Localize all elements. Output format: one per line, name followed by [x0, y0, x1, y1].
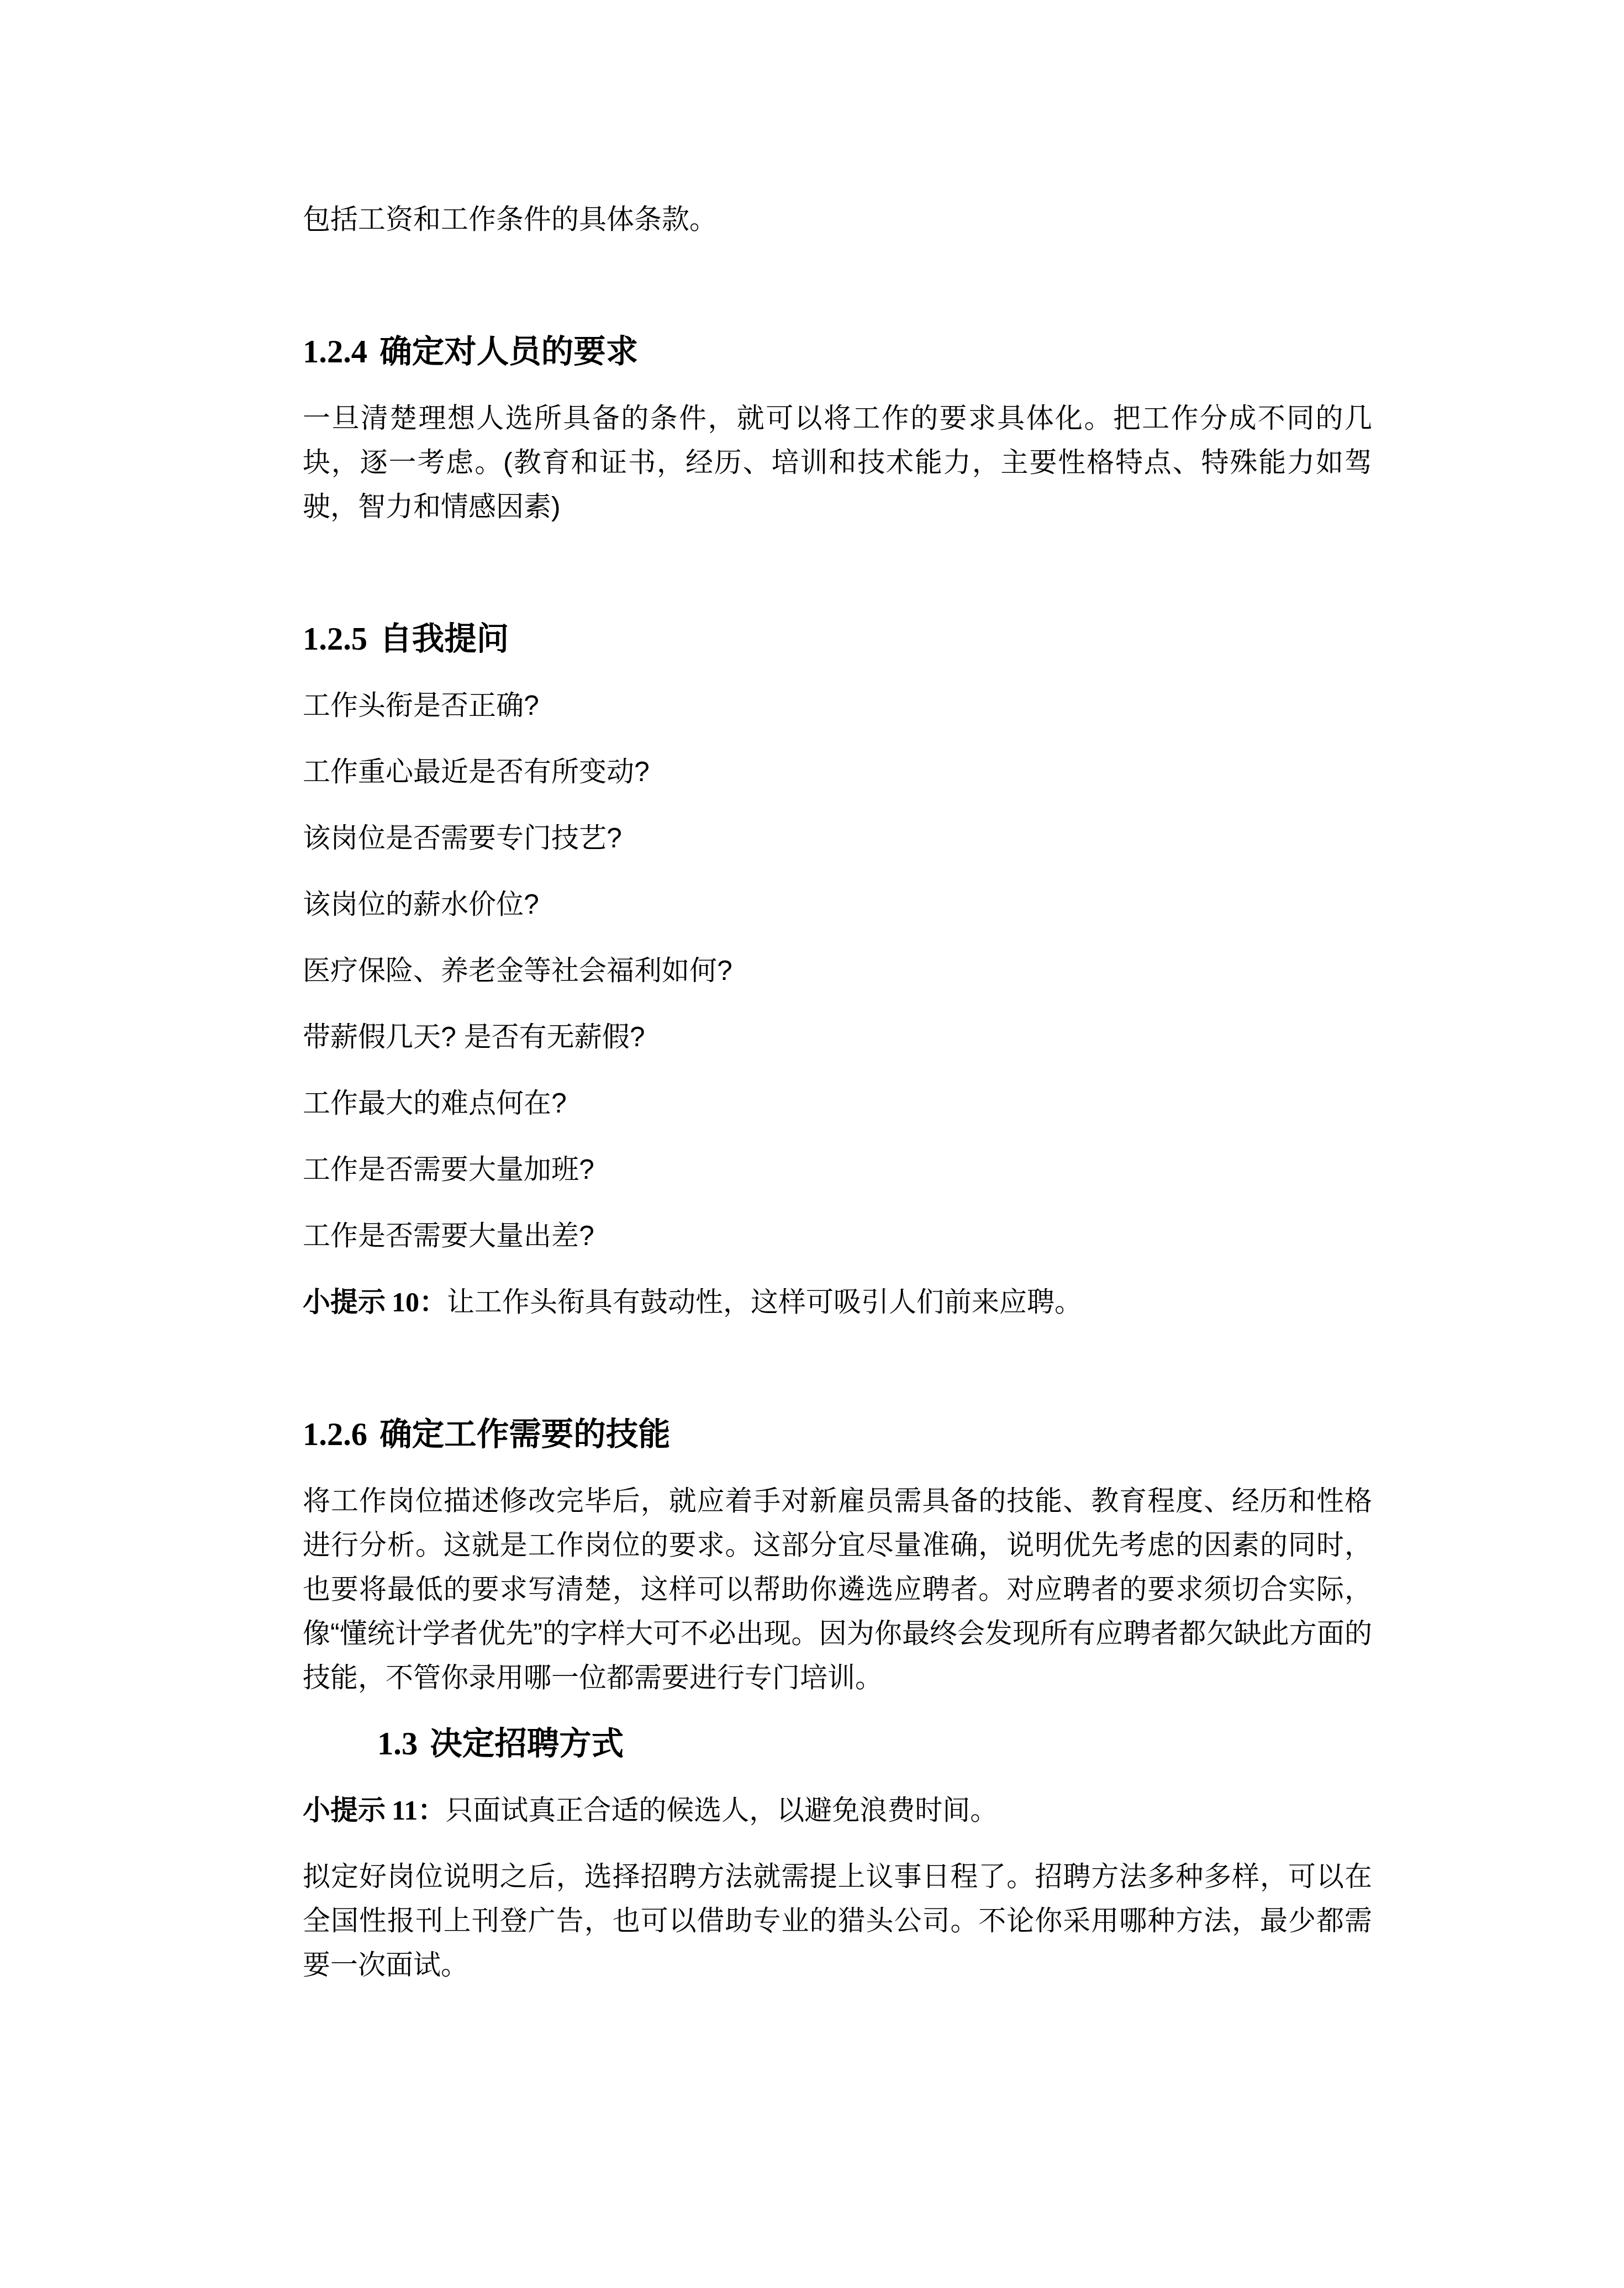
question-line: 工作头衔是否正确?: [303, 683, 1372, 727]
question-line: 该岗位的薪水价位?: [303, 882, 1372, 926]
paragraph-1-2-4: 一旦清楚理想人选所具备的条件，就可以将工作的要求具体化。把工作分成不同的几块，逐…: [303, 396, 1372, 529]
section-heading-1-2-6: 1.2.6确定工作需要的技能: [303, 1412, 1372, 1457]
heading-title: 确定工作需要的技能: [379, 1416, 671, 1452]
tip-number: 11: [392, 1795, 418, 1826]
question-line: 带薪假几天? 是否有无薪假?: [303, 1015, 1372, 1059]
tip-number: 10: [392, 1287, 419, 1317]
heading-title: 自我提问: [379, 621, 509, 657]
question-line: 工作是否需要大量出差?: [303, 1214, 1372, 1258]
question-line: 工作是否需要大量加班?: [303, 1147, 1372, 1192]
question-line: 医疗保险、养老金等社会福利如何?: [303, 948, 1372, 993]
question-line: 该岗位是否需要专门技艺?: [303, 816, 1372, 860]
heading-number: 1.2.4: [303, 334, 367, 370]
tip-10: 小提示10：让工作头衔具有鼓动性，这样可吸引人们前来应聘。: [303, 1280, 1372, 1324]
question-line: 工作最大的难点何在?: [303, 1081, 1372, 1125]
tip-label: 小提示: [303, 1795, 386, 1826]
heading-title: 决定招聘方式: [430, 1726, 624, 1762]
heading-number: 1.2.5: [303, 621, 367, 657]
tip-text: 只面试真正合适的候选人，以避免浪费时间。: [445, 1795, 998, 1826]
intro-paragraph: 包括工资和工作条件的具体条款。: [303, 197, 1372, 241]
heading-number: 1.3: [377, 1726, 418, 1762]
tip-label: 小提示: [303, 1287, 386, 1317]
document-content: 包括工资和工作条件的具体条款。 1.2.4确定对人员的要求 一旦清楚理想人选所具…: [303, 197, 1372, 1987]
section-heading-1-3: 1.3决定招聘方式: [303, 1722, 1372, 1766]
heading-number: 1.2.6: [303, 1416, 367, 1452]
paragraph-1-3: 拟定好岗位说明之后，选择招聘方法就需提上议事日程了。招聘方法多种多样，可以在全国…: [303, 1854, 1372, 1987]
tip-colon: ：: [418, 1795, 445, 1826]
tip-11-lead: 小提示11：: [303, 1795, 445, 1826]
tip-colon: ：: [419, 1287, 447, 1317]
heading-title: 确定对人员的要求: [379, 334, 638, 370]
document-page: 包括工资和工作条件的具体条款。 1.2.4确定对人员的要求 一旦清楚理想人选所具…: [0, 0, 1624, 2288]
question-line: 工作重心最近是否有所变动?: [303, 750, 1372, 794]
section-heading-1-2-5: 1.2.5自我提问: [303, 617, 1372, 661]
tip-11: 小提示11：只面试真正合适的候选人，以避免浪费时间。: [303, 1788, 1372, 1832]
tip-text: 让工作头衔具有鼓动性，这样可吸引人们前来应聘。: [447, 1287, 1082, 1317]
tip-10-lead: 小提示10：: [303, 1287, 447, 1317]
section-heading-1-2-4: 1.2.4确定对人员的要求: [303, 330, 1372, 374]
paragraph-1-2-6: 将工作岗位描述修改完毕后，就应着手对新雇员需具备的技能、教育程度、经历和性格进行…: [303, 1479, 1372, 1700]
